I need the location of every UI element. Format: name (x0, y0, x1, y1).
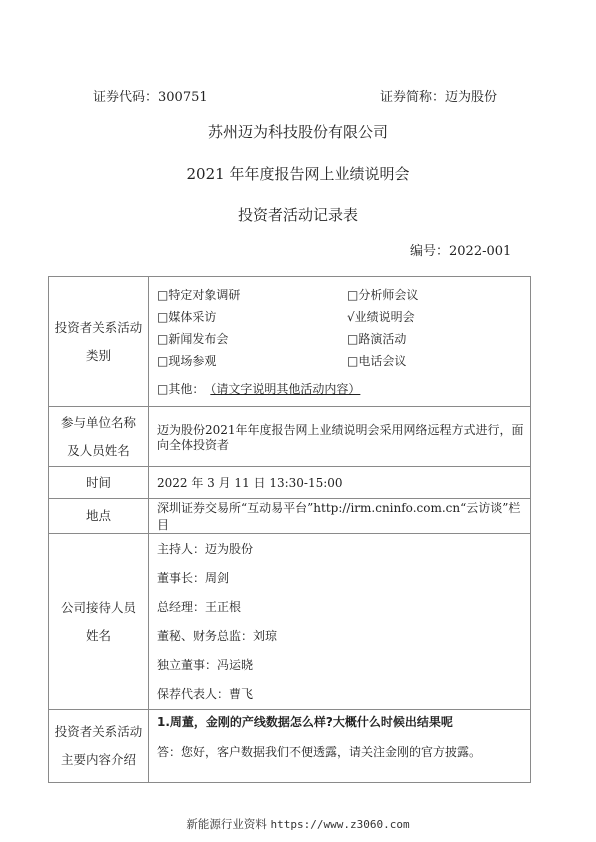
option-roadshow[interactable]: □路演活动 (347, 328, 527, 350)
label-activity-category: 投资者关系活动 类别 (49, 277, 149, 407)
option-analyst-meeting[interactable]: □分析师会议 (347, 284, 527, 306)
label-participants: 参与单位名称 及人员姓名 (49, 407, 149, 467)
stock-code: 证券代码：300751 (93, 86, 208, 105)
label-time: 时间 (49, 467, 149, 499)
label-location: 地点 (49, 499, 149, 534)
staff-list: 主持人：迈为股份 董事长：周剑 总经理：王正根 董秘、财务总监：刘琼 独立董事：… (149, 534, 531, 710)
footer-url[interactable]: https://www.z3060.com (271, 818, 410, 831)
document-number: 编号：2022-001 (410, 240, 511, 259)
staff-sponsor-representative: 保荐代表人：曹飞 (157, 680, 530, 709)
option-earnings-briefing[interactable]: √业绩说明会 (347, 306, 527, 328)
footer: 新能源行业资料 https://www.z3060.com (0, 816, 596, 832)
row-main-content: 投资者关系活动 主要内容介绍 1.周董，金刚的产线数据怎么样?大概什么时候出结果… (49, 710, 531, 783)
staff-chairman: 董事长：周剑 (157, 564, 530, 593)
form-title: 投资者活动记录表 (0, 204, 596, 225)
row-staff: 公司接待人员 姓名 主持人：迈为股份 董事长：周剑 总经理：王正根 董秘、财务总… (49, 534, 531, 710)
main-content: 1.周董，金刚的产线数据怎么样?大概什么时候出结果呢 答：您好，客户数据我们不便… (149, 710, 531, 783)
question-1: 1.周董，金刚的产线数据怎么样?大概什么时候出结果呢 (157, 710, 530, 732)
activity-category-options: □特定对象调研 □分析师会议 □媒体采访 √业绩说明会 □新闻发布会 □路演活动… (149, 277, 531, 407)
row-time: 时间 2022 年 3 月 11 日 13:30-15:00 (49, 467, 531, 499)
activity-record-table: 投资者关系活动 类别 □特定对象调研 □分析师会议 □媒体采访 √业绩说明会 □… (48, 276, 531, 783)
option-media-interview[interactable]: □媒体采访 (157, 306, 347, 328)
option-press-conference[interactable]: □新闻发布会 (157, 328, 347, 350)
footer-text: 新能源行业资料 (186, 817, 267, 831)
staff-general-manager: 总经理：王正根 (157, 593, 530, 622)
row-location: 地点 深圳证券交易所“互动易平台”http://irm.cninfo.com.c… (49, 499, 531, 534)
staff-independent-director: 独立董事：冯运晓 (157, 651, 530, 680)
option-specific-research[interactable]: □特定对象调研 (157, 284, 347, 306)
company-title: 苏州迈为科技股份有限公司 (0, 121, 596, 142)
staff-host: 主持人：迈为股份 (157, 535, 530, 564)
participants-value: 迈为股份2021年年度报告网上业绩说明会采用网络远程方式进行，面向全体投资者 (149, 407, 531, 467)
row-activity-category: 投资者关系活动 类别 □特定对象调研 □分析师会议 □媒体采访 √业绩说明会 □… (49, 277, 531, 407)
option-other[interactable]: □其他：（请文字说明其他活动内容） (157, 378, 530, 406)
event-title: 2021 年年度报告网上业绩说明会 (0, 163, 596, 184)
label-main-content: 投资者关系活动 主要内容介绍 (49, 710, 149, 783)
label-staff: 公司接待人员 姓名 (49, 534, 149, 710)
stock-short-name: 证券简称：迈为股份 (380, 86, 497, 105)
option-site-visit[interactable]: □现场参观 (157, 350, 347, 372)
staff-secretary-cfo: 董秘、财务总监：刘琼 (157, 622, 530, 651)
row-participants: 参与单位名称 及人员姓名 迈为股份2021年年度报告网上业绩说明会采用网络远程方… (49, 407, 531, 467)
time-value: 2022 年 3 月 11 日 13:30-15:00 (149, 467, 531, 499)
option-conference-call[interactable]: □电话会议 (347, 350, 527, 372)
other-description: （请文字说明其他活动内容） (204, 382, 366, 396)
location-value: 深圳证券交易所“互动易平台”http://irm.cninfo.com.cn“云… (149, 499, 531, 534)
answer-1: 答：您好，客户数据我们不便透露，请关注金刚的官方披露。 (157, 732, 530, 782)
